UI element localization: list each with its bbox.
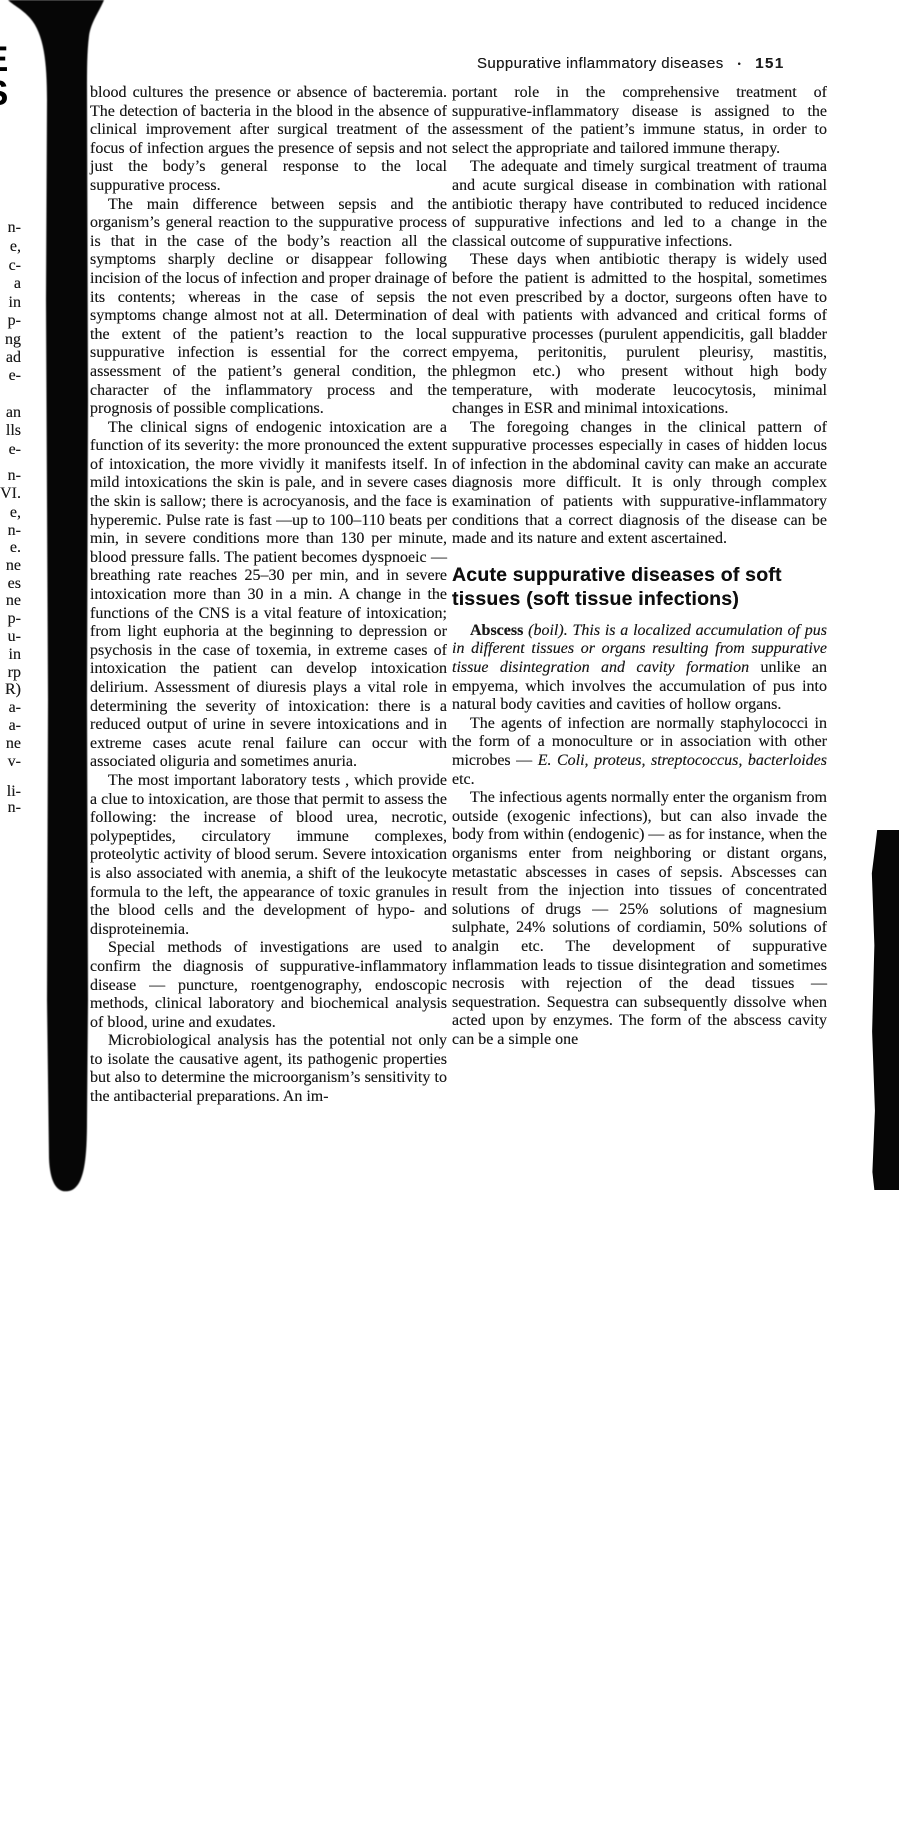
margin-fragment: n- bbox=[0, 219, 21, 236]
paragraph: Special methods of investigations are us… bbox=[90, 939, 447, 1032]
text-segment-bold: Abscess bbox=[470, 622, 528, 639]
text-segment-normal: The infectious agents normally enter the… bbox=[452, 789, 827, 1048]
right-column-section: Abscess (boil). This is a localized accu… bbox=[452, 622, 827, 1050]
margin-fragment: e- bbox=[0, 367, 21, 384]
paragraph: The infectious agents normally enter the… bbox=[452, 789, 827, 1049]
text-segment-normal: The clinical signs of endogenic intoxica… bbox=[90, 419, 447, 771]
margin-fragment: ne bbox=[0, 735, 21, 752]
margin-fragment: e, bbox=[0, 504, 21, 521]
margin-fragment: u- bbox=[0, 628, 21, 645]
text-segment-normal: blood cultures the presence or absence o… bbox=[90, 84, 447, 194]
text-segment-normal: These days when antibiotic therapy is wi… bbox=[452, 251, 827, 417]
margin-fragment: ad bbox=[0, 349, 21, 366]
margin-fragment: n- bbox=[0, 522, 21, 539]
margin-fragment: n- bbox=[0, 467, 21, 484]
margin-fragment: p- bbox=[0, 610, 21, 627]
margin-fragment: a- bbox=[0, 699, 21, 716]
paragraph: The most important laboratory tests , wh… bbox=[90, 772, 447, 939]
page-number: 151 bbox=[755, 55, 785, 72]
paragraph: The adequate and timely surgical treatme… bbox=[452, 158, 827, 251]
margin-fragment: an bbox=[0, 404, 21, 421]
scanned-book-page: ES n-e,c-ainp-ngade-anllse-n-VI.e,n-e.ne… bbox=[0, 0, 899, 1836]
scan-edge-artifact-bar bbox=[871, 830, 899, 1190]
text-segment-normal: The adequate and timely surgical treatme… bbox=[452, 158, 827, 249]
margin-fragment: e, bbox=[0, 238, 21, 255]
text-segment-normal: Microbiological analysis has the potenti… bbox=[90, 1032, 447, 1105]
margin-fragment: ng bbox=[0, 331, 21, 348]
bullet-separator-icon: • bbox=[738, 59, 742, 69]
margin-fragment: e. bbox=[0, 539, 21, 556]
margin-fragment: p- bbox=[0, 312, 21, 329]
text-segment-normal: The most important laboratory tests , wh… bbox=[90, 772, 447, 938]
text-segment-normal: etc. bbox=[452, 771, 475, 788]
margin-fragment: ne bbox=[0, 557, 21, 574]
paragraph: The main difference between sepsis and t… bbox=[90, 196, 447, 419]
spine-letter: S bbox=[0, 76, 8, 111]
running-head-title: Suppurative inflammatory diseases bbox=[477, 55, 724, 72]
paragraph: Abscess (boil). This is a localized accu… bbox=[452, 622, 827, 715]
margin-fragment: ne bbox=[0, 592, 21, 609]
margin-fragment: VI. bbox=[0, 485, 21, 502]
paragraph: The clinical signs of endogenic intoxica… bbox=[90, 419, 447, 772]
right-column-intro: portant role in the comprehensive treatm… bbox=[452, 84, 827, 549]
text-segment-italic: E. Coli, proteus, streptococcus, bacterl… bbox=[538, 752, 827, 769]
margin-fragment: v- bbox=[0, 753, 21, 770]
margin-fragment: es bbox=[0, 575, 21, 592]
margin-fragment: lls bbox=[0, 422, 21, 439]
spine-letter: E bbox=[0, 42, 8, 77]
section-heading: Acute suppurative diseases of soft tissu… bbox=[452, 563, 827, 611]
margin-fragment: li- bbox=[0, 783, 21, 800]
text-segment-normal: portant role in the comprehensive treatm… bbox=[452, 84, 827, 157]
left-column: blood cultures the presence or absence o… bbox=[90, 84, 447, 1107]
paragraph: These days when antibiotic therapy is wi… bbox=[452, 251, 827, 418]
paragraph: blood cultures the presence or absence o… bbox=[90, 84, 447, 196]
paragraph: Microbiological analysis has the potenti… bbox=[90, 1032, 447, 1106]
text-segment-normal: Special methods of investigations are us… bbox=[90, 939, 447, 1030]
right-column: portant role in the comprehensive treatm… bbox=[452, 84, 827, 1050]
margin-fragment: e- bbox=[0, 441, 21, 458]
paragraph: portant role in the comprehensive treatm… bbox=[452, 84, 827, 158]
margin-fragment: rp bbox=[0, 664, 21, 681]
margin-fragment: a bbox=[0, 275, 21, 292]
paragraph: The agents of infection are normally sta… bbox=[452, 715, 827, 789]
margin-fragment: in bbox=[0, 294, 21, 311]
text-segment-normal: The main difference between sepsis and t… bbox=[90, 196, 447, 418]
running-head: Suppurative inflammatory diseases • 151 bbox=[477, 55, 785, 72]
paragraph: The foregoing changes in the clinical pa… bbox=[452, 419, 827, 549]
margin-fragment: a- bbox=[0, 717, 21, 734]
margin-fragment: n- bbox=[0, 799, 21, 816]
margin-fragment: R) bbox=[0, 681, 21, 698]
margin-fragment: in bbox=[0, 646, 21, 663]
margin-fragment: c- bbox=[0, 257, 21, 274]
text-segment-normal: The foregoing changes in the clinical pa… bbox=[452, 419, 827, 548]
